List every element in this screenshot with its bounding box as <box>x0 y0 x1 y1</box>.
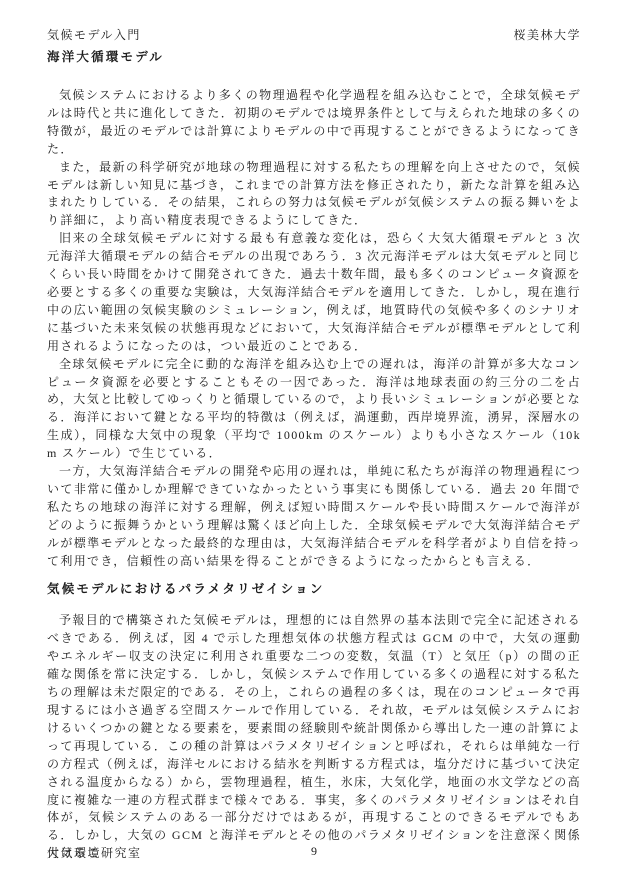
lab-name: 大気環境研究室 <box>47 844 142 861</box>
institution-name: 桜美林大学 <box>513 26 581 43</box>
paragraph-ocean-4: 全球気候モデルに完全に動的な海洋を組み込む上での遅れは，海洋の計算が多大なコンピ… <box>47 356 581 463</box>
page-number: 9 <box>311 844 319 859</box>
paragraph-ocean-3: 旧来の全球気候モデルに対する最も有意義な変化は，恐らく大気大循環モデルと 3 次… <box>47 230 581 355</box>
document-body: 海洋大循環モデル 気候システムにおけるより多くの物理過程や化学過程を組み込むこと… <box>47 49 581 863</box>
paragraph-ocean-5: 一方，大気海洋結合モデルの開発や応用の遅れは，単純に私たちが海洋の物理過程につい… <box>47 463 581 570</box>
section-title-ocean-gcm: 海洋大循環モデル <box>47 49 581 66</box>
document-page: 気候モデル入門 桜美林大学 海洋大循環モデル 気候システムにおけるより多くの物理… <box>0 0 627 878</box>
page-header: 気候モデル入門 桜美林大学 <box>47 26 581 43</box>
paragraph-ocean-1: 気候システムにおけるより多くの物理過程や化学過程を組み込むことで，全球気候モデル… <box>47 87 581 159</box>
document-title: 気候モデル入門 <box>47 26 141 43</box>
paragraph-parameterization-1: 予報目的で構築された気候モデルは，理想的には自然界の基本法則で完全に記述されるべ… <box>47 612 581 863</box>
section-title-parameterization: 気候モデルにおけるパラメタリゼイション <box>47 581 581 598</box>
paragraph-ocean-2: また，最新の科学研究が地球の物理過程に対する私たちの理解を向上させたので，気候モ… <box>47 159 581 231</box>
